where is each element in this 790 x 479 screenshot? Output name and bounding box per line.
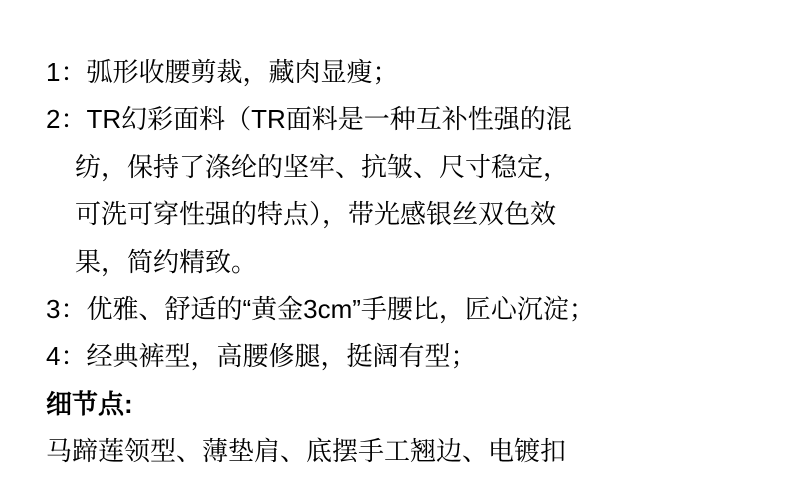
feature-line-1: 1：弧形收腰剪裁，藏肉显瘦； xyxy=(46,49,780,96)
feature-line-4: 4：经典裤型，高腰修腿，挺阔有型； xyxy=(46,333,780,380)
feature-line-2-wrap-3: 果，简约精致。 xyxy=(46,239,780,286)
product-description-page: 1：弧形收腰剪裁，藏肉显瘦； 2：TR幻彩面料（TR面料是一种互补性强的混 纺，… xyxy=(0,0,790,479)
feature-line-2-wrap-2: 可洗可穿性强的特点），带光感银丝双色效 xyxy=(46,191,780,238)
detail-points-heading: 细节点: xyxy=(46,381,780,428)
feature-line-2-wrap-1: 纺，保持了涤纶的坚牢、抗皱、尺寸稳定， xyxy=(46,144,780,191)
detail-points-line: 马蹄莲领型、薄垫肩、底摆手工翘边、电镀扣 xyxy=(46,428,780,475)
feature-line-2: 2：TR幻彩面料（TR面料是一种互补性强的混 xyxy=(46,96,780,143)
feature-line-3: 3：优雅、舒适的“黄金3cm”手腰比，匠心沉淀； xyxy=(46,286,780,333)
